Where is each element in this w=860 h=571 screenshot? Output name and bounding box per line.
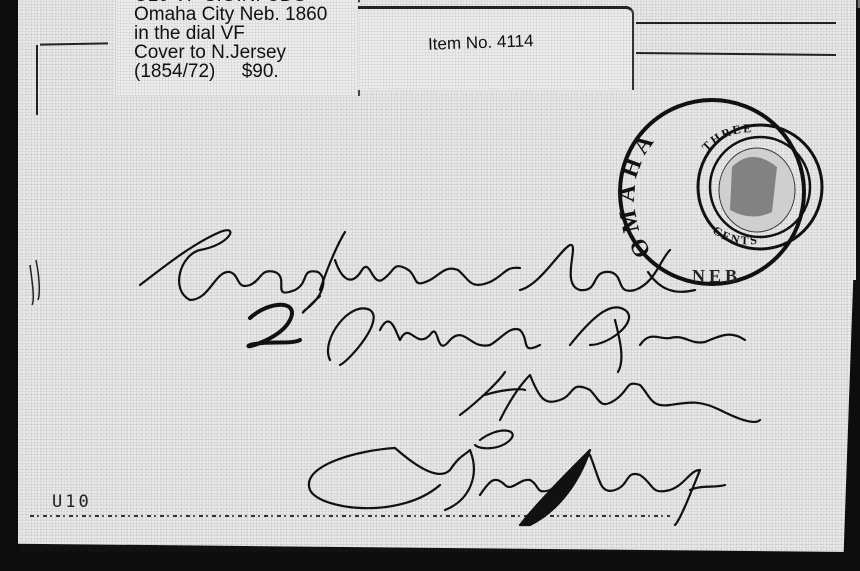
handwritten-address <box>0 0 860 571</box>
address-name-stroke <box>320 232 520 290</box>
address-name-stroke <box>520 245 695 292</box>
address-street-stroke <box>570 307 745 372</box>
catalog-notation: U10 <box>52 492 92 512</box>
ink-blot <box>520 450 590 525</box>
address-city-stroke <box>460 372 760 422</box>
edge-mark <box>30 260 39 305</box>
address-name-stroke <box>140 230 323 312</box>
address-state-stroke <box>480 455 725 525</box>
address-street-stroke <box>328 308 540 365</box>
address-state-stroke <box>309 431 513 510</box>
address-street-stroke <box>248 305 300 347</box>
